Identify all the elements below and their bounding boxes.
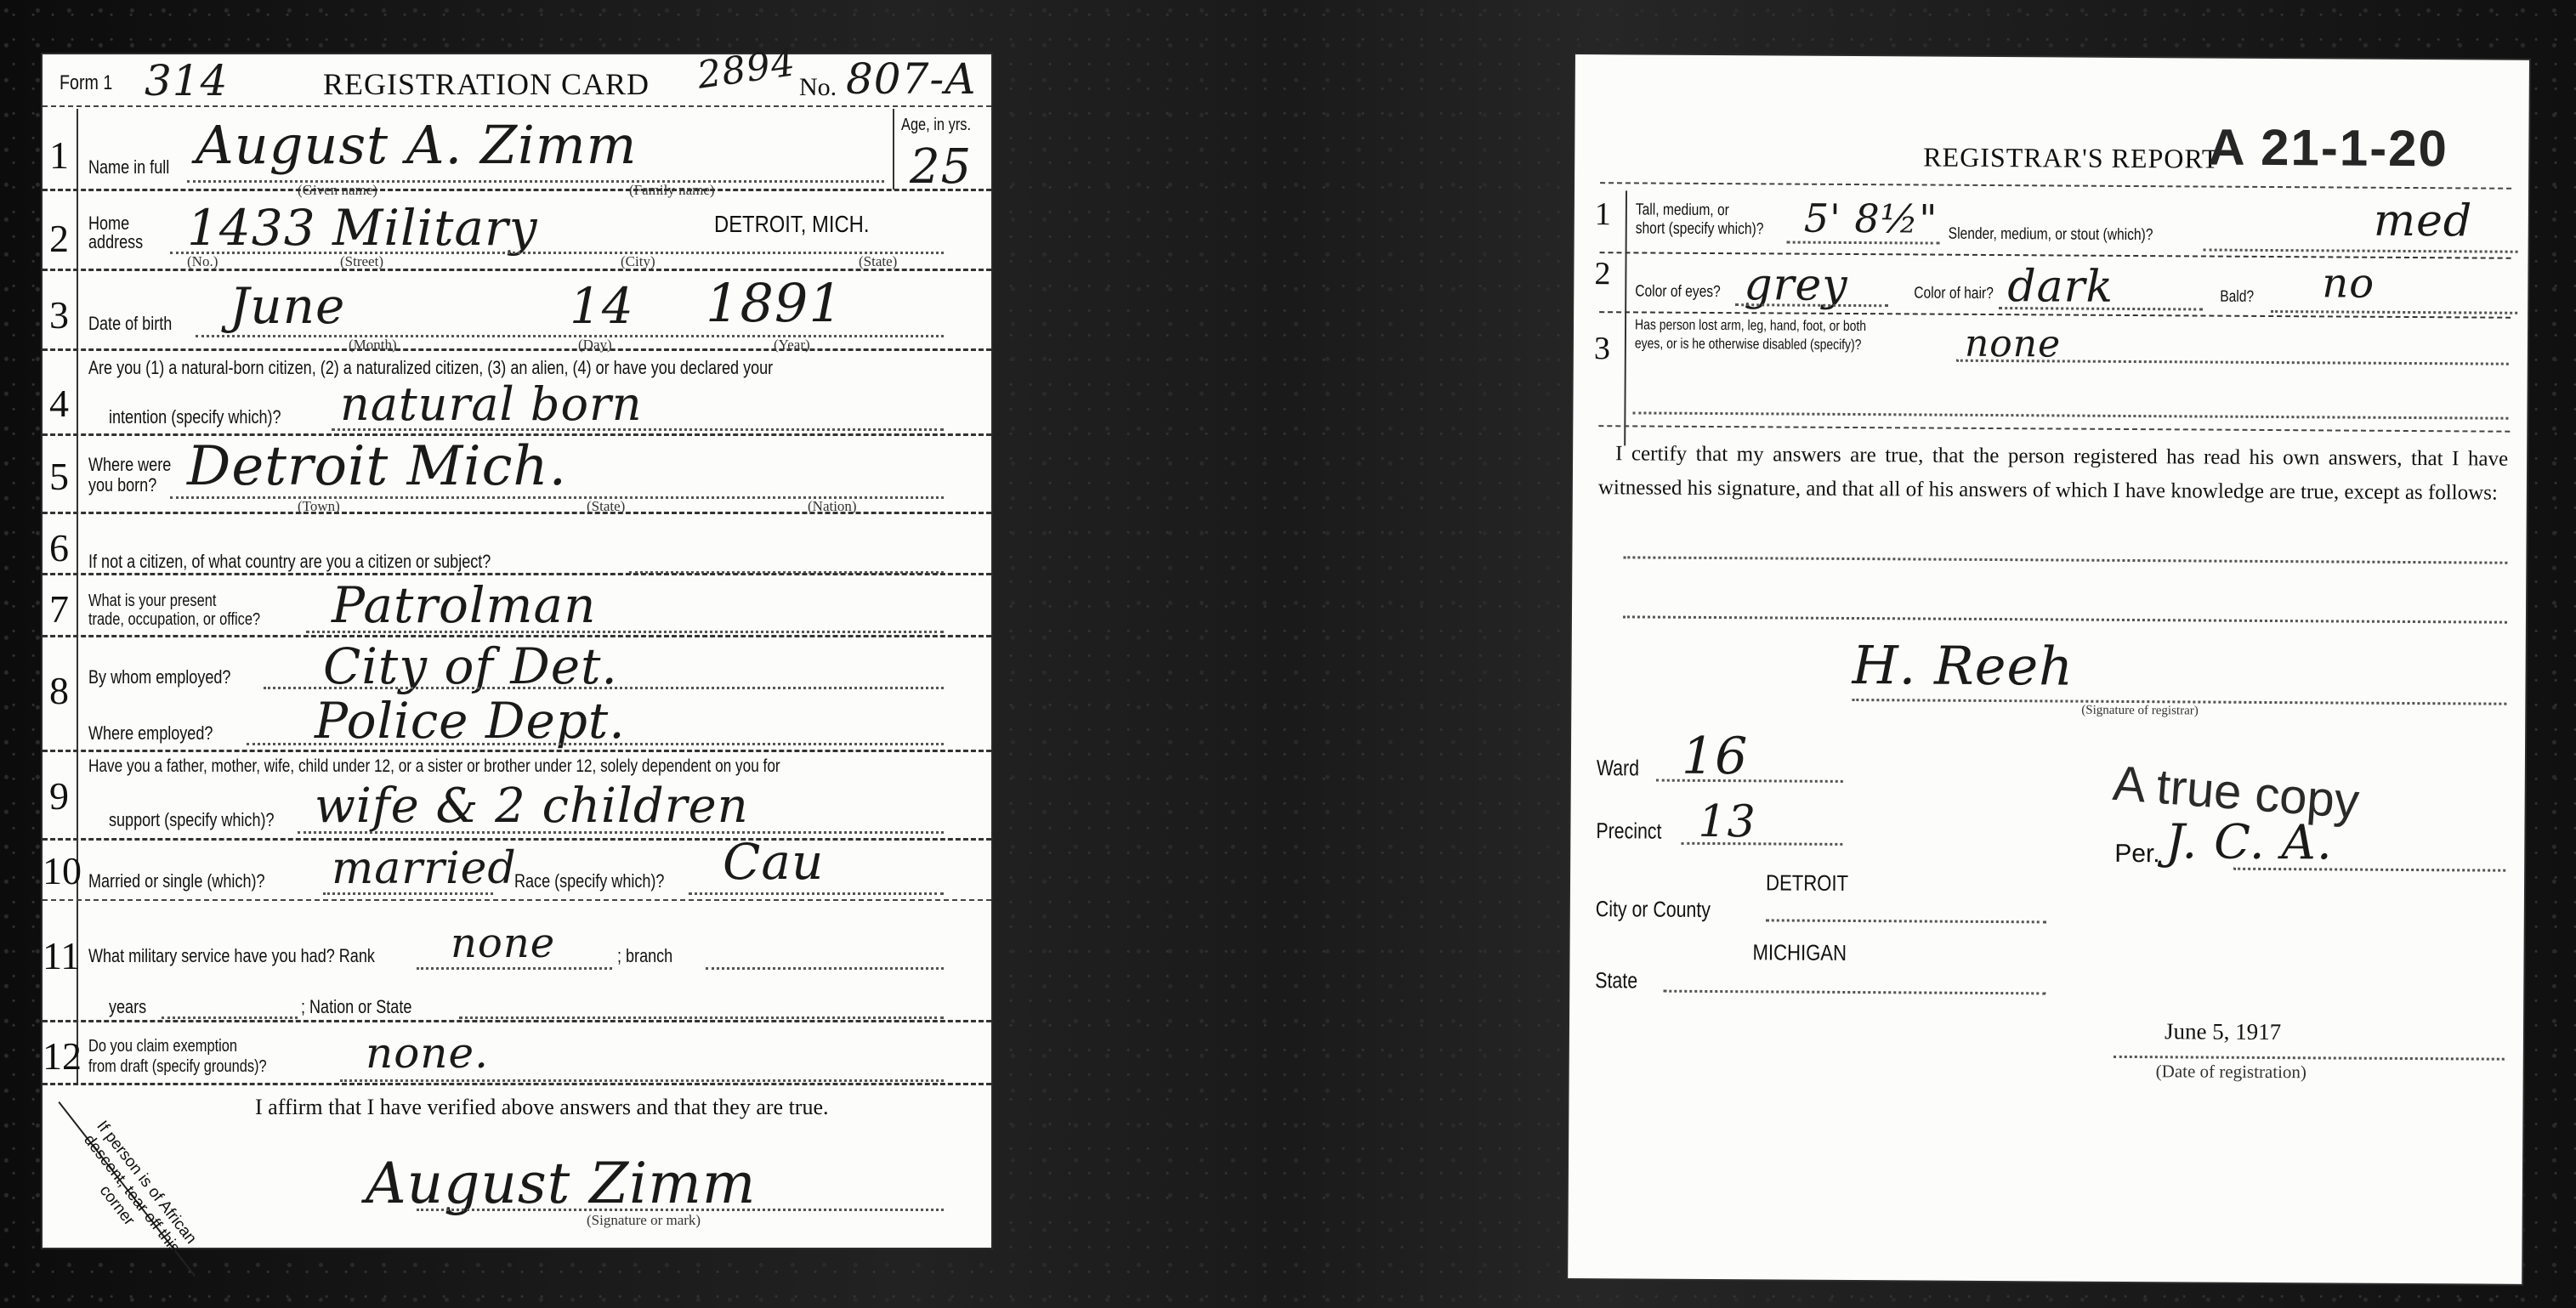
signature-line (417, 1209, 944, 1211)
employment-place-line (247, 743, 944, 745)
row-divider (43, 1083, 991, 1085)
city-label: City or County (1596, 896, 1711, 923)
row-divider (43, 189, 991, 191)
exceptions-line-2 (1623, 615, 2507, 623)
birthdate-line (196, 335, 944, 337)
you-born-label: you born? (88, 474, 156, 496)
state-caption: (State) (859, 253, 897, 270)
row-divider (43, 269, 991, 271)
registrant-signature: August Zimm (366, 1151, 756, 1216)
state-value: MICHIGAN (1752, 939, 1847, 966)
foreign-citizen-label: If not a citizen, of what country are yo… (88, 551, 491, 573)
row-number: 3 (49, 292, 69, 337)
bald-line (2271, 310, 2517, 314)
years-label: years (109, 996, 146, 1018)
row-divider (1598, 425, 2510, 433)
bald-label: Bald? (2220, 288, 2254, 307)
race-value[interactable]: Cau (723, 833, 824, 891)
row-number: 3 (1594, 330, 1610, 367)
state-field: MICHIGAN State (1575, 54, 2529, 60)
per-line (2233, 868, 2505, 872)
military-rank-value[interactable]: none (451, 920, 555, 967)
rank-line (417, 967, 612, 970)
precinct-value[interactable]: 13 (1698, 796, 1756, 847)
report-row-3-disability: 3 Has person lost arm, leg, hand, foot, … (1575, 54, 2529, 60)
report-row-1-height-build: 1 Tall, medium, or short (specify which)… (1575, 54, 2529, 60)
row-divider (43, 899, 991, 901)
employment-place-value[interactable]: Police Dept. (315, 692, 626, 750)
address-value[interactable]: 1433 Military (187, 199, 537, 257)
registration-date: June 5, 1917 (2165, 1018, 2281, 1045)
height-line (1787, 241, 1940, 245)
affirmation-text: I affirm that I have verified above answ… (255, 1095, 829, 1120)
no-caption: (No.) (187, 253, 218, 270)
height-value[interactable]: 5' 8½" (1804, 195, 1938, 242)
disability-label-1: Has person lost arm, leg, hand, foot, or… (1635, 316, 1866, 335)
report-title: REGISTRAR'S REPORT (1923, 142, 2219, 175)
header-divider (1600, 182, 2511, 190)
bald-value[interactable]: no (2322, 259, 2375, 307)
name-line (187, 180, 884, 183)
exemption-label-1: Do you claim exemption (88, 1037, 237, 1056)
address-label: address (88, 231, 143, 253)
citizenship-value[interactable]: natural born (340, 377, 643, 431)
where-born-label: Where were (88, 454, 171, 476)
card-number: 807-A (846, 54, 976, 104)
birthplace-value[interactable]: Detroit Mich. (187, 435, 567, 498)
marital-label: Married or single (which)? (88, 870, 265, 892)
age-value[interactable]: 25 (910, 139, 972, 195)
height-label-2: short (specify which)? (1636, 219, 1764, 239)
dependents-line (298, 831, 944, 834)
name-value[interactable]: August A. Zimm (196, 114, 637, 176)
row-number: 12 (43, 1033, 82, 1079)
card-title: REGISTRATION CARD (323, 66, 650, 102)
birth-month[interactable]: June (230, 277, 345, 335)
form-number: 314 (145, 56, 228, 105)
exemption-line (340, 1079, 944, 1082)
row-number: 5 (49, 454, 69, 499)
ward-label: Ward (1597, 755, 1639, 781)
occupation-label-1: What is your present (88, 592, 216, 611)
marital-value[interactable]: married (332, 843, 517, 894)
disability-label-2: eyes, or is he otherwise disabled (speci… (1635, 335, 1862, 354)
exceptions-line-1 (1623, 556, 2507, 563)
exemption-label-2: from draft (specify grounds)? (88, 1057, 267, 1077)
row-number: 2 (1594, 255, 1610, 292)
city-field: DETROIT City or County (1575, 54, 2529, 60)
age-divider (893, 109, 894, 190)
registration-card: Form 1 314 REGISTRATION CARD 2894 No. 80… (43, 54, 991, 1248)
ward-value[interactable]: 16 (1682, 727, 1749, 786)
birthdate-label: Date of birth (88, 313, 172, 335)
printed-city: DETROIT, MICH. (714, 211, 869, 238)
row-number: 2 (49, 216, 69, 261)
name-label: Name in full (88, 156, 169, 178)
branch-line (706, 967, 944, 970)
employment-place-label: Where employed? (88, 722, 213, 745)
height-label-1: Tall, medium, or (1636, 201, 1729, 220)
tear-off-corner-note: If person is of African descent, tear of… (60, 1113, 203, 1275)
nation-state-line (459, 1016, 944, 1019)
build-line (2204, 249, 2518, 253)
nation-state-label: ; Nation or State (301, 996, 411, 1018)
registration-date-caption: (Date of registration) (2156, 1061, 2306, 1083)
month-caption: (Month) (349, 337, 397, 354)
years-line (162, 1016, 298, 1019)
employer-line (264, 687, 944, 689)
row-divider (43, 348, 991, 351)
city-caption: (City) (621, 253, 655, 270)
citizenship-question: Are you (1) a natural-born citizen, (2) … (88, 357, 773, 379)
row-number: 11 (43, 933, 80, 978)
row-divider (43, 838, 991, 841)
citizenship-line (332, 428, 944, 431)
disability-line-2 (1632, 411, 2508, 419)
eye-color-label: Color of eyes? (1635, 282, 1721, 302)
row-number: 1 (49, 133, 69, 178)
precinct-label: Precinct (1596, 818, 1661, 844)
registrars-report-card: REGISTRAR'S REPORT A 21-1-20 1 Tall, med… (1568, 54, 2529, 1284)
registrar-signature: H. Reeh (1852, 634, 2074, 698)
row-number: 7 (49, 586, 69, 631)
street-caption: (Street) (340, 253, 383, 270)
row-number: 6 (49, 525, 69, 570)
city-value: DETROIT (1766, 869, 1848, 897)
dependents-question: Have you a father, mother, wife, child u… (88, 756, 780, 777)
row-number: 9 (49, 773, 69, 818)
row-divider (1600, 252, 2511, 259)
form-label: Form 1 (60, 71, 112, 95)
race-line (689, 892, 944, 895)
race-label: Race (specify which)? (514, 870, 664, 892)
birth-year[interactable]: 1891 (706, 272, 843, 334)
build-value[interactable]: med (2374, 195, 2473, 247)
employer-label: By whom employed? (88, 666, 230, 688)
branch-label: ; branch (617, 945, 672, 967)
dependents-value[interactable]: wife & 2 children (315, 779, 749, 834)
registrar-signature-caption: (Signature of registrar) (2081, 704, 2199, 719)
report-stamp: A 21-1-20 (2208, 118, 2448, 178)
year-caption: (Year) (774, 337, 810, 354)
certification-text: I certify that my answers are true, that… (1598, 437, 2508, 511)
military-rank-label: What military service have you had? Rank (88, 945, 375, 967)
day-caption: (Day) (578, 337, 612, 354)
signature-caption: (Signature or mark) (587, 1212, 701, 1229)
state-line (1663, 990, 2045, 995)
row-number: 1 (1595, 195, 1611, 233)
per-label: Per. (2114, 840, 2160, 869)
occupation-label-2: trade, occupation, or office? (88, 610, 260, 630)
hair-color-label: Color of hair? (1914, 284, 1994, 303)
row-divider (43, 1020, 991, 1022)
build-label: Slender, medium, or stout (which)? (1949, 225, 2153, 245)
precinct-field: Precinct 13 (1575, 54, 2529, 60)
city-line (1766, 919, 2046, 923)
age-label: Age, in yrs. (901, 116, 971, 135)
intention-label: intention (specify which)? (109, 406, 281, 428)
hair-color-value[interactable]: dark (2007, 261, 2114, 313)
occupation-line (306, 631, 944, 633)
no-label: No. (799, 73, 837, 102)
number-column-rule (1624, 190, 1627, 445)
row-number: 10 (43, 848, 82, 893)
row-divider (43, 573, 991, 575)
state-label: State (1595, 967, 1637, 994)
registration-date-line (2114, 1056, 2505, 1061)
address-line (170, 252, 944, 254)
serial-number: 2894 (695, 41, 798, 98)
report-row-2-eyes-hair: 2 Color of eyes? grey Color of hair? dar… (1575, 54, 2529, 60)
row-number: 8 (49, 668, 69, 713)
row-divider (43, 750, 991, 752)
ward-field: Ward 16 (1575, 54, 2529, 60)
birth-day[interactable]: 14 (570, 277, 634, 335)
per-initials: J. C. A. (2165, 814, 2333, 870)
row-divider (43, 512, 991, 514)
exemption-value[interactable]: none. (366, 1028, 489, 1078)
marital-line (323, 892, 493, 895)
support-label: support (specify which)? (109, 809, 275, 831)
occupation-value[interactable]: Patrolman (332, 576, 596, 634)
row-number: 4 (49, 381, 69, 426)
header-divider (43, 105, 991, 107)
